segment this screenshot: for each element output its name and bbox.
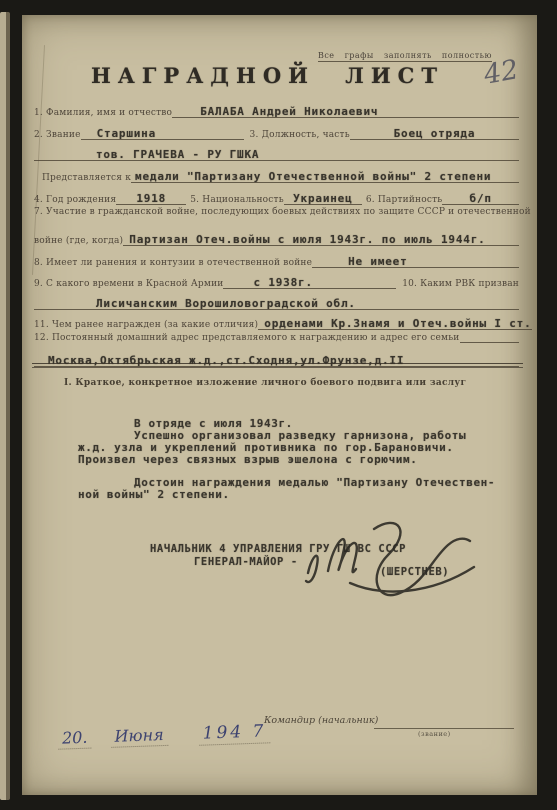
citation-line-6: ной войны" 2 степени. [78, 489, 508, 501]
birth-year-value: 1918 [136, 192, 166, 205]
rank-hint-label: (звание) [418, 730, 451, 738]
position-fill-line: Боец отряда [350, 120, 519, 140]
position-value: Боец отряда [394, 127, 476, 140]
commander-label: Командир (начальник) [264, 715, 378, 726]
wounds-label: 8. Имеет ли ранения и контузии в отечест… [34, 258, 312, 268]
award-label: Представляется к [42, 173, 131, 183]
war-participation-value: Партизан Отеч.войны с июля 1943г. по июл… [129, 233, 485, 246]
signature-ink-svg [290, 511, 490, 611]
war-participation-fill-line: Партизан Отеч.войны с июля 1943г. по июл… [123, 226, 519, 246]
document-title: НАГРАДНОЙ ЛИСТ [10, 63, 525, 88]
field-row-army-since: 9. С какого времени в Красной Армии с 19… [34, 269, 519, 289]
nationality-label: 5. Национальность [190, 195, 284, 205]
previous-awards-fill-line: орденами Кр.Знамя и Отеч.войны I ст. [258, 310, 531, 330]
field-row-previous-awards: 11. Чем ранее награжден (за какие отличи… [34, 310, 519, 330]
army-since-fill-line: с 1938г. [223, 269, 396, 289]
commander-fill-line [374, 727, 514, 729]
nationality-value: Украинец [293, 192, 352, 205]
handwritten-date: 20. Июня 194 7 [58, 721, 271, 750]
drafted-by-value: Лисичанским Ворошиловоградской обл. [96, 297, 356, 310]
adjacent-page-edge [0, 12, 10, 800]
handwritten-date-day: 20. [58, 728, 92, 750]
field-row-award: Представляется к медали "Партизану Отече… [34, 163, 519, 183]
party-fill-line: б/п [442, 185, 519, 205]
address-label: 12. Постоянный домашний адрес представля… [34, 333, 460, 343]
birth-year-fill-line: 1918 [116, 185, 186, 205]
scanned-award-document: { "colors": { "paper": "#c8bea1", "typed… [0, 0, 557, 810]
signer-title-line2: ГЕНЕРАЛ-МАЙОР - [194, 556, 298, 568]
name-value: БАЛАБА Андрей Николаевич [200, 105, 378, 118]
party-label: 6. Партийность [366, 195, 443, 205]
nationality-fill-line: Украинец [284, 185, 362, 205]
drafted-by-label: 10. Каким РВК призван [402, 279, 519, 289]
position-cont-fill-line: тов. ГРАЧЕВА - РУ ГШКА [34, 141, 519, 161]
address-label-fill-line [460, 328, 519, 343]
field-row-birth-nationality-party: 4. Год рождения 1918 5. Национальность У… [34, 185, 519, 205]
field-row-war-participation-label: 7. Участие в гражданской войне, последую… [34, 207, 519, 217]
name-fill-line: БАЛАБА Андрей Николаевич [172, 98, 519, 118]
rank-fill-line: Старшина [81, 120, 244, 140]
wounds-fill-line: Не имеет [312, 248, 519, 268]
war-participation-label: 7. Участие в гражданской войне, последую… [34, 207, 531, 217]
fill-all-fields-note-text: Все графы заполнять полностью [318, 51, 492, 62]
citation-text-block: В отряде с июля 1943г. Успешно организов… [78, 418, 508, 501]
army-since-label: 9. С какого времени в Красной Армии [34, 279, 223, 289]
name-label: 1. Фамилия, имя и отчество [34, 108, 172, 118]
award-fill-line: медали "Партизану Отечественной войны" 2… [131, 163, 519, 183]
section1-heading: I. Краткое, конкретное изложение личного… [64, 378, 466, 388]
field-row-address-label: 12. Постоянный домашний адрес представля… [34, 328, 519, 343]
war-where-when-label: войне (где, когда) [34, 236, 123, 246]
party-value: б/п [470, 192, 492, 205]
award-sheet-page: Все графы заполнять полностью НАГРАДНОЙ … [22, 15, 537, 795]
field-row-drafted-by-value: Лисичанским Ворошиловоградской обл. [34, 290, 519, 310]
fill-all-fields-note: Все графы заполнять полностью [318, 43, 492, 62]
citation-line-4: Произвел через связных взрыв эшелона с г… [78, 454, 508, 466]
position-cont-value: тов. ГРАЧЕВА - РУ ГШКА [96, 148, 259, 161]
wounds-value: Не имеет [348, 255, 407, 268]
rank-value: Старшина [97, 127, 156, 140]
birth-year-label: 4. Год рождения [34, 195, 116, 205]
award-value: медали "Партизану Отечественной войны" 2… [135, 170, 491, 183]
drafted-by-fill-line: Лисичанским Ворошиловоградской обл. [34, 290, 519, 310]
field-row-wounds: 8. Имеет ли ранения и контузии в отечест… [34, 248, 519, 268]
position-label: 3. Должность, часть [250, 130, 350, 140]
handwritten-page-number: 42 [482, 54, 521, 90]
handwritten-date-month: Июня [110, 725, 168, 748]
handwritten-date-year: 194 7 [198, 721, 270, 745]
rank-label: 2. Звание [34, 130, 81, 140]
field-row-war-participation-value: войне (где, когда) Партизан Отеч.войны с… [34, 226, 519, 246]
signature-ink [290, 511, 490, 611]
field-row-position-cont: тов. ГРАЧЕВА - РУ ГШКА [34, 141, 519, 161]
army-since-value: с 1938г. [253, 276, 312, 289]
field-row-name: 1. Фамилия, имя и отчество БАЛАБА Андрей… [34, 98, 519, 118]
field-row-rank-position: 2. Звание Старшина 3. Должность, часть Б… [34, 120, 519, 140]
section-divider-rule [32, 363, 523, 368]
